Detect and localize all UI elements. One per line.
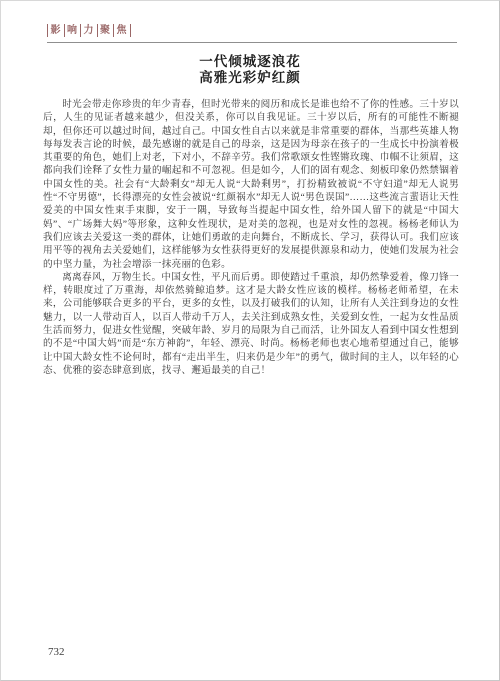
paragraph: 时光会带走你珍贵的年少青春，但时光带来的阅历和成长是谁也给不了你的性感。三十岁以…: [43, 98, 459, 271]
brand-char: 响: [64, 24, 81, 37]
title-line-2: 高雅光彩妒红颜: [1, 70, 499, 86]
brand-char: 焦: [113, 24, 131, 37]
brand-char: 聚: [97, 24, 114, 37]
brand-char: 力: [80, 24, 97, 37]
brand-char: 影: [47, 24, 64, 37]
header-divider: [47, 42, 457, 43]
article-title: 一代倾城逐浪花 高雅光彩妒红颜: [1, 54, 499, 85]
document-page: 影 响 力 聚 焦 一代倾城逐浪花 高雅光彩妒红颜 时光会带走你珍贵的年少青春，…: [0, 0, 500, 681]
page-header: 影 响 力 聚 焦: [47, 20, 457, 43]
paragraph: 离离春风，万物生长。中国女性，平凡而后勇。即使踏过千重浪，却仍然挚爱着，像刀锋一…: [43, 271, 459, 377]
brand-logo: 影 响 力 聚 焦: [47, 24, 131, 37]
page-number: 732: [48, 646, 65, 658]
title-line-1: 一代倾城逐浪花: [1, 54, 499, 70]
article-body: 时光会带走你珍贵的年少青春，但时光带来的阅历和成长是谁也给不了你的性感。三十岁以…: [43, 98, 459, 377]
